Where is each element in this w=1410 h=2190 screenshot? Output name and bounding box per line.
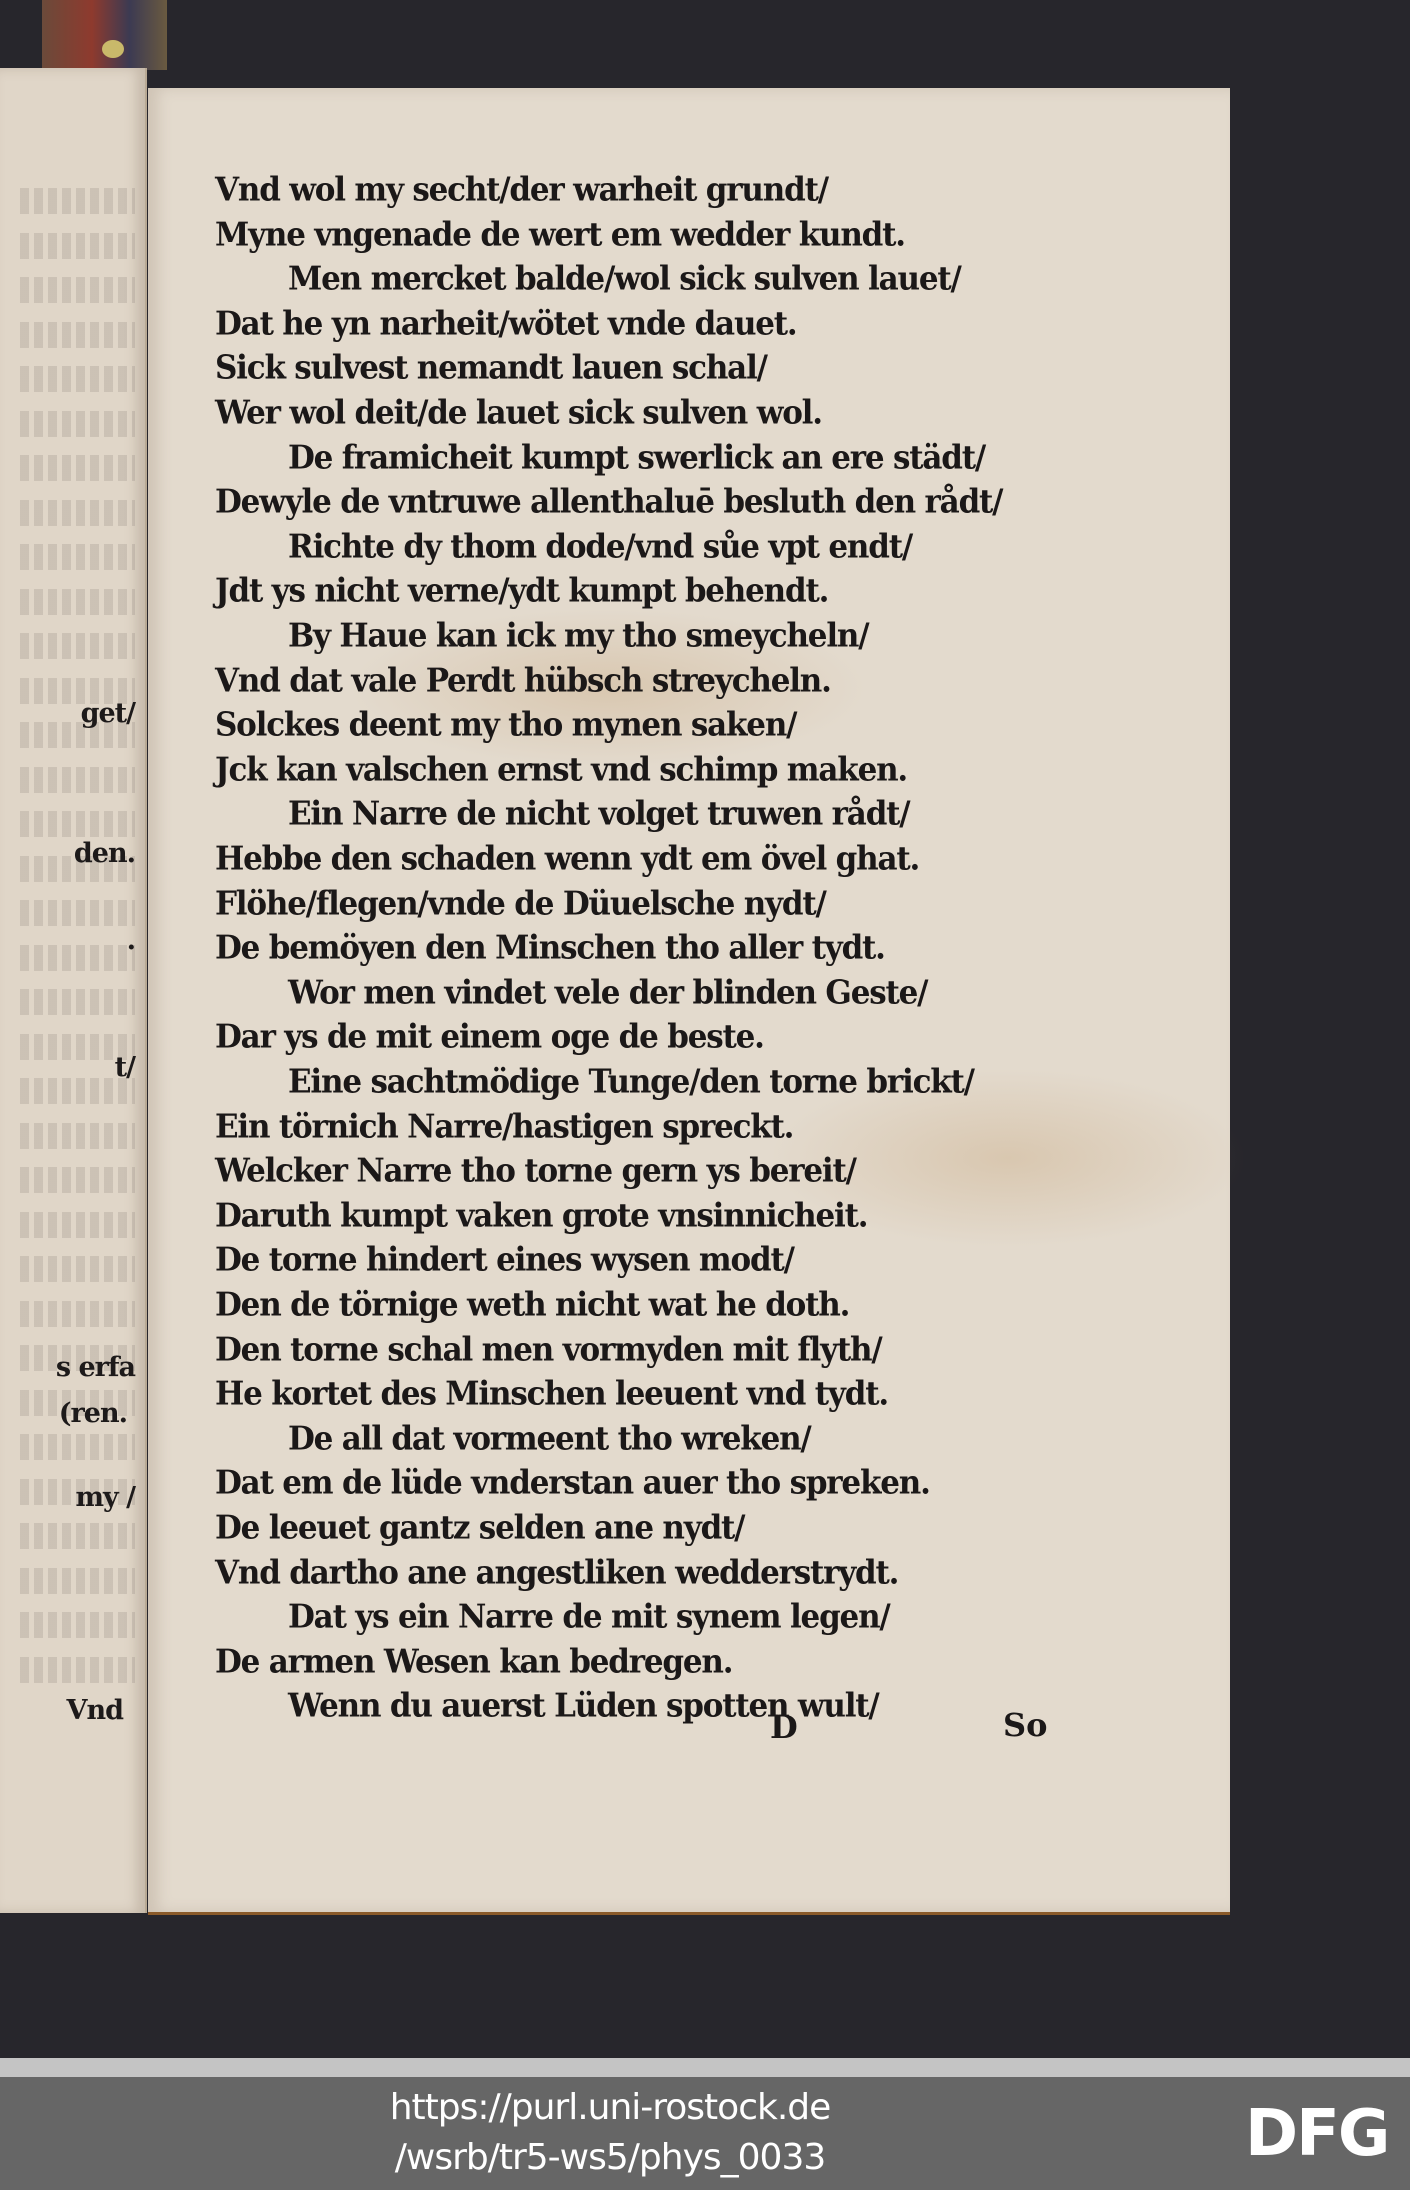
show-through-text: [20, 366, 135, 392]
footer-bar: https://purl.uni-rostock.de /wsrb/tr5-ws…: [0, 2077, 1410, 2190]
show-through-text: [20, 455, 135, 481]
text-line: Richte dy thom dode/vnd sůe vpt endt/: [288, 526, 912, 568]
left-page-fragment: get/den..t/s erfa(ren.my /Vnd: [0, 68, 147, 1913]
text-line: Den de törnige weth nicht wat he doth.: [215, 1284, 849, 1326]
show-through-text: [20, 411, 135, 437]
text-line: Vnd dartho ane angestliken wedderstrydt.: [215, 1552, 898, 1594]
text-line: He kortet des Minschen leeuent vnd tydt.: [215, 1373, 888, 1415]
scanned-book-image: get/den..t/s erfa(ren.my /Vnd Vnd wol my…: [0, 0, 1410, 2058]
show-through-text: [20, 233, 135, 259]
text-line: De framicheit kumpt swerlick an ere städ…: [288, 437, 985, 479]
show-through-text: [20, 945, 135, 971]
show-through-text: [20, 1167, 135, 1193]
left-page-text-fragment: get/: [81, 698, 135, 729]
text-line: Eine sachtmödige Tunge/den torne brickt/: [288, 1061, 974, 1103]
text-line: Flöhe/flegen/vnde de Düuelsche nydt/: [215, 883, 826, 925]
signature-mark: D: [770, 1708, 798, 1746]
permalink-line-1[interactable]: https://purl.uni-rostock.de: [360, 2083, 860, 2133]
text-line: De bemöyen den Minschen tho aller tydt.: [215, 927, 885, 969]
text-line: Daruth kumpt vaken grote vnsinnicheit.: [215, 1195, 867, 1237]
show-through-text: [20, 1612, 135, 1638]
text-line: De torne hindert eines wysen modt/: [215, 1239, 794, 1281]
show-through-text: [20, 1657, 135, 1683]
show-through-text: [20, 633, 135, 659]
text-line: Dar ys de mit einem oge de beste.: [215, 1016, 764, 1058]
text-line: Men mercket balde/wol sick sulven lauet/: [288, 258, 961, 300]
text-line: Dat he yn narheit/wötet vnde dauet.: [215, 303, 797, 345]
text-line: De armen Wesen kan bedregen.: [215, 1641, 732, 1683]
show-through-text: [20, 1212, 135, 1238]
binding-ornament: [102, 40, 124, 58]
dfg-logo: DFG: [1245, 2099, 1388, 2169]
text-line: Ein Narre de nicht volget truwen rådt/: [288, 793, 909, 835]
text-line: Myne vngenade de wert em wedder kundt.: [215, 214, 905, 256]
text-line: De all dat vormeent tho wreken/: [288, 1418, 811, 1460]
show-through-text: [20, 900, 135, 926]
text-line: Solckes deent my tho mynen saken/: [215, 704, 796, 746]
left-page-text-fragment: t/: [115, 1052, 135, 1083]
show-through-text: [20, 811, 135, 837]
left-page-text-fragment: (ren.: [59, 1398, 127, 1429]
text-line: Den torne schal men vormyden mit flyth/: [215, 1329, 881, 1371]
text-line: Dat em de lüde vnderstan auer tho spreke…: [215, 1462, 930, 1504]
permalink-line-2[interactable]: /wsrb/tr5-ws5/phys_0033: [360, 2133, 860, 2183]
text-line: Vnd dat vale Perdt hübsch streycheln.: [215, 660, 831, 702]
text-line: Jdt ys nicht verne/ydt kumpt behendt.: [215, 570, 828, 612]
text-line: Dat ys ein Narre de mit synem legen/: [288, 1596, 890, 1638]
show-through-text: [20, 1434, 135, 1460]
text-line: Sick sulvest nemandt lauen schal/: [215, 347, 767, 389]
show-through-text: [20, 500, 135, 526]
left-page-text-fragment: Vnd: [67, 1695, 123, 1726]
show-through-text: [20, 188, 135, 214]
show-through-text: [20, 989, 135, 1015]
text-line: Ein törnich Narre/hastigen spreckt.: [215, 1106, 793, 1148]
footer-divider: [0, 2058, 1410, 2077]
left-page-text-fragment: my /: [75, 1482, 135, 1513]
show-through-text: [20, 1256, 135, 1282]
show-through-text: [20, 1123, 135, 1149]
catchword: So: [1003, 1706, 1047, 1744]
show-through-text: [20, 277, 135, 303]
left-page-text-fragment: .: [127, 925, 135, 956]
text-line: By Haue kan ick my tho smeycheln/: [288, 615, 868, 657]
show-through-text: [20, 767, 135, 793]
text-line: Jck kan valschen ernst vnd schimp maken.: [215, 749, 907, 791]
book-binding-top: [42, 0, 167, 70]
right-page: Vnd wol my secht/der warheit grundt/Myne…: [148, 88, 1230, 1915]
show-through-text: [20, 1301, 135, 1327]
text-line: De leeuet gantz selden ane nydt/: [215, 1507, 744, 1549]
show-through-text: [20, 544, 135, 570]
text-line: Welcker Narre tho torne gern ys bereit/: [215, 1150, 856, 1192]
permalink[interactable]: https://purl.uni-rostock.de /wsrb/tr5-ws…: [360, 2083, 860, 2183]
show-through-text: [20, 1523, 135, 1549]
text-line: Wor men vindet vele der blinden Geste/: [288, 972, 927, 1014]
text-line: Hebbe den schaden wenn ydt em övel ghat.: [215, 838, 919, 880]
left-page-text-fragment: s erfa: [56, 1352, 135, 1383]
show-through-text: [20, 589, 135, 615]
text-line: Vnd wol my secht/der warheit grundt/: [215, 169, 828, 211]
left-page-text-fragment: den.: [74, 838, 135, 869]
show-through-text: [20, 322, 135, 348]
text-line: Dewyle de vntruwe allenthaluē besluth de…: [215, 481, 1002, 523]
text-line: Wer wol deit/de lauet sick sulven wol.: [215, 392, 822, 434]
show-through-text: [20, 1568, 135, 1594]
